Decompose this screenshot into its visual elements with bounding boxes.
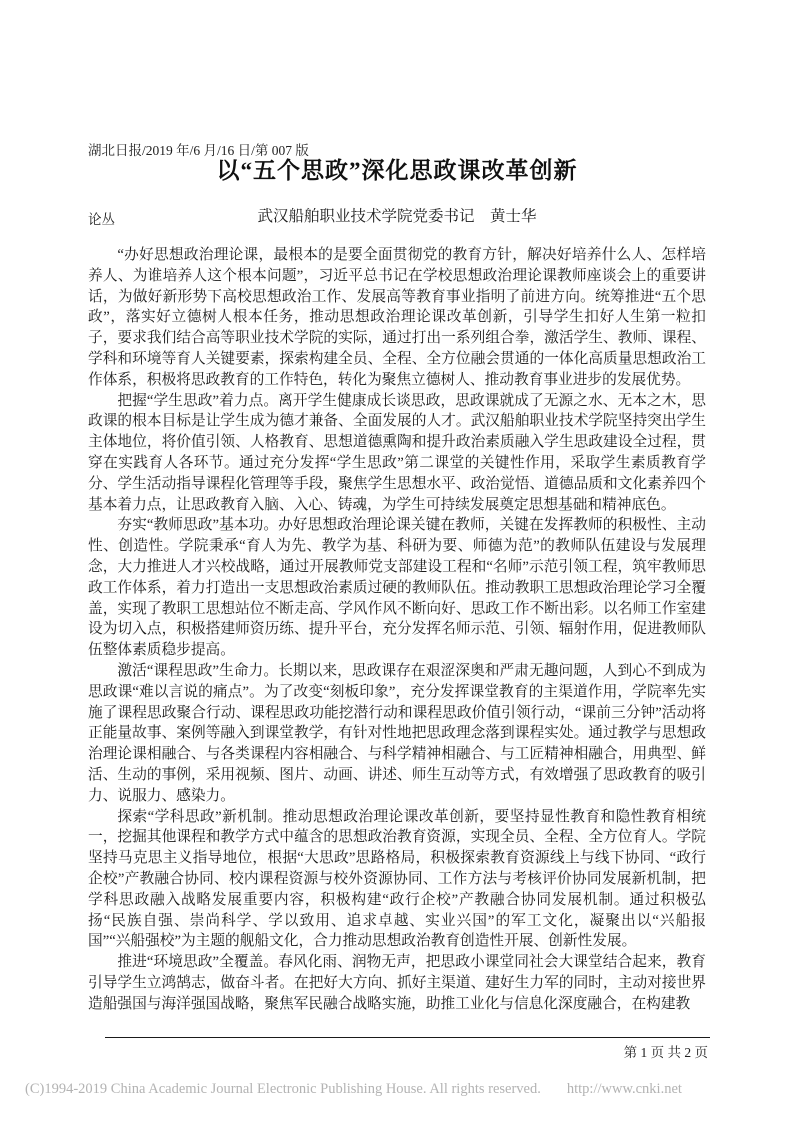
byline-affiliation: 武汉船舶职业技术学院党委书记 bbox=[257, 208, 474, 225]
byline-author: 黄士华 bbox=[490, 208, 537, 225]
paragraph-discipline-sizheng: 探索“学科思政”新机制。推动思想政治理论课改革创新，要坚持显性教育和隐性教育相统… bbox=[88, 807, 706, 953]
paragraph-teacher-sizheng: 夯实“教师思政”基本功。办好思想政治理论课关键在教师，关键在发挥教师的积极性、主… bbox=[88, 515, 706, 661]
paragraph-student-sizheng: 把握“学生思政”着力点。离开学生健康成长谈思政，思政课就成了无源之水、无本之木，… bbox=[88, 391, 706, 516]
document-page: 湖北日报/2019 年/6 月/16 日/第 007 版 论丛 以“五个思政”深… bbox=[0, 0, 793, 1122]
copyright-notice: (C)1994-2019 China Academic Journal Elec… bbox=[25, 1081, 541, 1097]
cnki-url: http://www.cnki.net bbox=[567, 1081, 682, 1097]
page-indicator: 第 1 页 共 2 页 bbox=[88, 1041, 708, 1061]
article-body: “办好思想政治理论课，最根本的是要全面贯彻党的教育方针，解决好培养什么人、怎样培… bbox=[88, 245, 706, 1014]
article-byline: 武汉船舶职业技术学院党委书记黄士华 bbox=[88, 204, 706, 226]
paragraph-course-sizheng: 激活“课程思政”生命力。长期以来，思政课存在艰涩深奥和严肃无趣问题，人到心不到成… bbox=[88, 661, 706, 807]
footer-divider bbox=[105, 1037, 710, 1038]
paragraph-environment-sizheng: 推进“环境思政”全覆盖。春风化雨、润物无声，把思政小课堂同社会大课堂结合起来，教… bbox=[88, 952, 706, 1014]
copyright-bar: (C)1994-2019 China Academic Journal Elec… bbox=[25, 1081, 682, 1098]
article-title: 以“五个思政”深化思政课改革创新 bbox=[88, 152, 706, 185]
paragraph-intro: “办好思想政治理论课，最根本的是要全面贯彻党的教育方针，解决好培养什么人、怎样培… bbox=[88, 245, 706, 391]
